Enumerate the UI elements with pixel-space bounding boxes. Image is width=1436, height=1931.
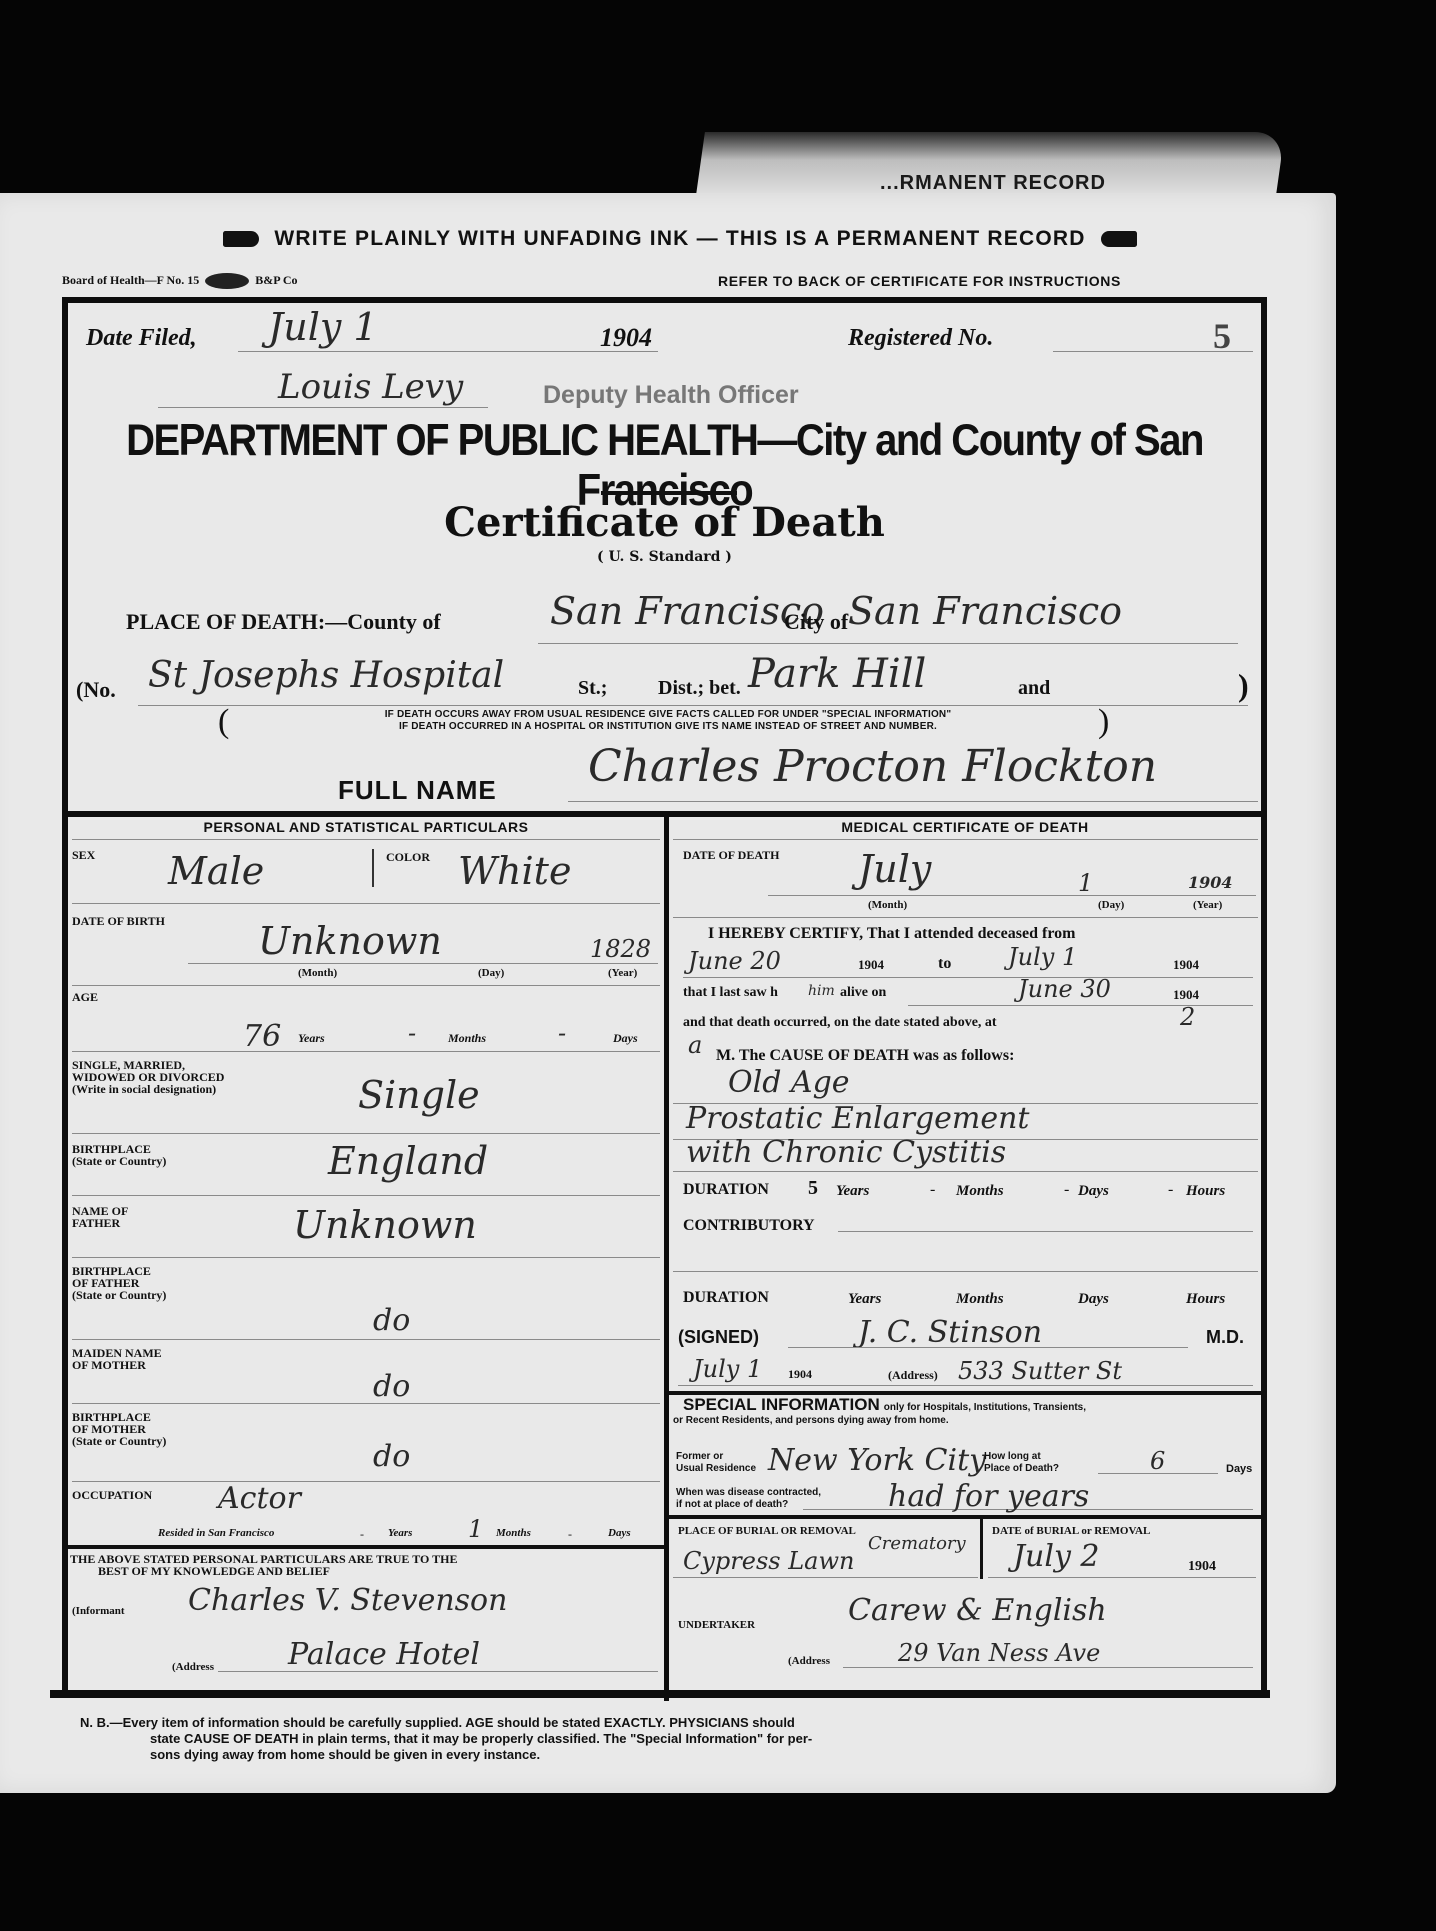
alive-on-text: alive on xyxy=(840,985,886,1001)
mother-birthplace-value: do xyxy=(373,1439,410,1474)
last-saw-text: that I last saw h xyxy=(683,985,778,1001)
full-name-line xyxy=(568,801,1258,802)
dob-line xyxy=(188,963,658,964)
rule-heavy xyxy=(669,1515,1261,1519)
pointing-hand-icon xyxy=(1101,231,1137,247)
place-of-death-line xyxy=(538,643,1238,644)
personal-heading: PERSONAL AND STATISTICAL PARTICULARS xyxy=(68,819,664,835)
duration-hours-caption: Hours xyxy=(1186,1183,1225,1200)
date-of-death-label: DATE OF DEATH xyxy=(683,849,779,861)
duration2-years-caption: Years xyxy=(848,1291,881,1308)
signed-label: (SIGNED) xyxy=(678,1327,759,1348)
underlying-sheet-label: ...RMANENT RECORD xyxy=(880,172,1106,195)
rule xyxy=(72,1051,660,1052)
date-filed-label: Date Filed, xyxy=(86,325,197,352)
occupation-value: Actor xyxy=(218,1481,301,1516)
cause-1: Old Age xyxy=(728,1065,850,1100)
duration-years-caption: Years xyxy=(836,1183,869,1200)
father-name-label: NAME OF FATHER xyxy=(72,1205,128,1229)
note-paren-right: ) xyxy=(1098,703,1109,741)
attended-from-value: June 20 xyxy=(688,947,781,975)
rule xyxy=(673,917,1258,918)
physician-address-value: 533 Sutter St xyxy=(958,1357,1122,1385)
contracted-value: had for years xyxy=(888,1479,1089,1514)
permanent-record-banner: WRITE PLAINLY WITH UNFADING INK — THIS I… xyxy=(150,227,1210,251)
dob-month-caption: (Month) xyxy=(298,967,337,979)
dob-year-value: 1828 xyxy=(590,935,651,963)
place-instructions: IF DEATH OCCURS AWAY FROM USUAL RESIDENC… xyxy=(238,709,1098,733)
color-value: White xyxy=(458,849,571,893)
resided-days-value: - xyxy=(568,1527,572,1542)
rule xyxy=(72,1403,660,1404)
rule xyxy=(72,1195,660,1196)
signed-year: 1904 xyxy=(788,1367,812,1382)
banner-text: WRITE PLAINLY WITH UNFADING INK — THIS I… xyxy=(274,227,1085,250)
burial-place-label: PLACE OF BURIAL OR REMOVAL xyxy=(678,1525,856,1537)
physician-address-label: (Address) xyxy=(888,1369,938,1381)
meridiem-value: a xyxy=(688,1031,702,1059)
burial-place-value: Cypress Lawn xyxy=(683,1547,854,1575)
rule xyxy=(72,1339,660,1340)
sex-label: SEX xyxy=(72,849,95,861)
date-filed-value: July 1 xyxy=(268,305,378,349)
undertaker-address-value: 29 Van Ness Ave xyxy=(898,1639,1100,1667)
informant-value: Charles V. Stevenson xyxy=(188,1583,507,1618)
full-name-value: Charles Procton Flockton xyxy=(588,741,1157,792)
undertaker-label: UNDERTAKER xyxy=(678,1619,755,1631)
duration-label: DURATION xyxy=(683,1181,769,1199)
last-saw-line xyxy=(908,1005,1253,1006)
frame-bottom-rule xyxy=(50,1690,1270,1698)
resided-months-caption: Months xyxy=(496,1527,531,1539)
deputy-signature-line xyxy=(158,407,488,408)
rule xyxy=(72,1133,660,1134)
md-label: M.D. xyxy=(1206,1327,1244,1348)
mother-birthplace-label: BIRTHPLACE OF MOTHER (State or Country) xyxy=(72,1411,166,1447)
cause-line-3 xyxy=(673,1171,1258,1172)
death-day-value: 1 xyxy=(1078,869,1093,897)
hospital-value: St Josephs Hospital xyxy=(148,655,504,696)
rule-heavy xyxy=(68,1545,664,1549)
duration-years-value: 5 xyxy=(808,1177,818,1200)
informant-address-label: (Address xyxy=(172,1661,214,1673)
address-line xyxy=(678,1385,1253,1386)
special-info-note: only for Hospitals, Institutions, Transi… xyxy=(884,1402,1086,1413)
cause-2: Prostatic Enlargement xyxy=(686,1101,1030,1136)
date-filed-year: 1904 xyxy=(600,323,652,353)
death-year-value: 1904 xyxy=(1188,873,1233,892)
duration-months-caption: Months xyxy=(956,1183,1004,1200)
former-residence-value: New York City xyxy=(768,1443,986,1478)
age-years-value: 76 xyxy=(243,1019,281,1054)
medical-heading: MEDICAL CERTIFICATE OF DEATH xyxy=(669,819,1261,835)
time-value: 2 xyxy=(1180,1003,1195,1031)
informant-label: (Informant xyxy=(72,1605,125,1617)
rule xyxy=(72,839,660,840)
street-no-label: (No. xyxy=(76,677,116,703)
contracted-label: When was disease contracted, if not at p… xyxy=(676,1487,821,1511)
attestation: THE ABOVE STATED PERSONAL PARTICULARS AR… xyxy=(70,1553,457,1577)
signature-line xyxy=(788,1347,1188,1348)
duration-months-value: - xyxy=(930,1181,935,1199)
age-days-value: - xyxy=(558,1019,566,1047)
duration2-label: DURATION xyxy=(683,1289,769,1307)
death-certificate: WRITE PLAINLY WITH UNFADING INK — THIS I… xyxy=(0,193,1336,1793)
dob-year-caption: (Year) xyxy=(608,967,637,979)
certify-text: I HEREBY CERTIFY, That I attended deceas… xyxy=(708,925,1075,943)
how-long-unit: Days xyxy=(1226,1463,1252,1475)
certificate-frame: Date Filed, July 1 1904 Registered No. 5… xyxy=(62,297,1267,1695)
death-date-line xyxy=(768,895,1256,896)
last-saw-year: 1904 xyxy=(1173,987,1199,1003)
certificate-title: Certificate of Death xyxy=(68,499,1261,546)
death-month-caption: (Month) xyxy=(868,899,907,911)
resided-label: Resided in San Francisco xyxy=(158,1527,274,1539)
resided-years-value: - xyxy=(360,1527,364,1542)
duration-hours-value: - xyxy=(1168,1181,1173,1199)
attended-to-value: July 1 xyxy=(1008,943,1077,971)
registered-no-value: 5 xyxy=(1213,315,1231,357)
street-line xyxy=(138,705,1248,706)
close-paren: ) xyxy=(1238,667,1249,704)
cause-3: with Chronic Cystitis xyxy=(686,1135,1006,1170)
occurred-text: and that death occurred, on the date sta… xyxy=(683,1015,997,1031)
birthplace-value: England xyxy=(328,1139,488,1183)
rule xyxy=(673,839,1258,840)
and-label: and xyxy=(1018,677,1050,700)
district-value: Park Hill xyxy=(748,651,926,697)
color-label: COLOR xyxy=(386,851,430,863)
contributory-line xyxy=(838,1231,1253,1232)
how-long-label: How long at Place of Death? xyxy=(984,1451,1059,1475)
informant-address-value: Palace Hotel xyxy=(288,1637,480,1672)
sex-color-divider xyxy=(372,849,374,887)
note-paren-left: ( xyxy=(218,703,229,741)
certificate-standard: ( U. S. Standard ) xyxy=(68,549,1261,565)
special-info-header: SPECIAL INFORMATION only for Hospitals, … xyxy=(673,1395,1258,1426)
undertaker-value: Carew & English xyxy=(848,1593,1107,1628)
title-rule xyxy=(601,491,737,495)
marital-label: SINGLE, MARRIED, WIDOWED OR DIVORCED (Wr… xyxy=(72,1059,224,1095)
duration-days-value: - xyxy=(1064,1181,1069,1199)
contributory-line-2 xyxy=(673,1271,1258,1272)
cause-text: M. The CAUSE OF DEATH was as follows: xyxy=(716,1047,1014,1065)
father-name-value: Unknown xyxy=(293,1203,477,1247)
city-label: City of xyxy=(784,609,848,635)
city-value: San Francisco xyxy=(848,589,1122,633)
special-info-note-2: or Recent Residents, and persons dying a… xyxy=(673,1415,1258,1426)
former-residence-label: Former or Usual Residence xyxy=(676,1451,756,1475)
burial-place-note: Crematory xyxy=(868,1533,966,1554)
full-name-label: FULL NAME xyxy=(338,775,497,806)
pointing-hand-icon xyxy=(223,231,259,247)
burial-place-line xyxy=(673,1577,978,1578)
duration-days-caption: Days xyxy=(1078,1183,1109,1200)
how-long-value: 6 xyxy=(1150,1447,1165,1475)
occupation-label: OCCUPATION xyxy=(72,1489,152,1501)
attended-line xyxy=(683,977,1253,978)
column-divider xyxy=(664,815,669,1701)
printer-seal-icon xyxy=(205,273,249,289)
street-label: St.; xyxy=(578,677,607,700)
to-label: to xyxy=(938,955,951,973)
resided-days-caption: Days xyxy=(608,1527,631,1539)
dob-day-caption: (Day) xyxy=(478,967,504,979)
rule xyxy=(72,903,660,904)
age-days-caption: Days xyxy=(613,1031,638,1046)
marital-value: Single xyxy=(358,1073,480,1117)
last-saw-pronoun: him xyxy=(808,983,835,999)
rule xyxy=(72,1481,660,1482)
date-filed-line xyxy=(238,351,658,352)
undertaker-address-line xyxy=(843,1667,1253,1668)
form-number: Board of Health—F No. 15 B&P Co xyxy=(62,273,298,289)
death-month-value: July xyxy=(858,847,931,891)
father-birthplace-label: BIRTHPLACE OF FATHER (State or Country) xyxy=(72,1265,166,1301)
attended-to-year: 1904 xyxy=(1173,957,1199,973)
death-year-caption: (Year) xyxy=(1193,899,1222,911)
burial-date-value: July 2 xyxy=(1013,1539,1100,1574)
signed-date: July 1 xyxy=(693,1355,762,1383)
attended-from-year: 1904 xyxy=(858,957,884,973)
duration2-months-caption: Months xyxy=(956,1291,1004,1308)
contributory-label: CONTRIBUTORY xyxy=(683,1217,815,1235)
duration2-hours-caption: Hours xyxy=(1186,1291,1225,1308)
dob-month-value: Unknown xyxy=(258,919,442,963)
burial-date-line xyxy=(988,1577,1256,1578)
undertaker-address-label: (Address xyxy=(788,1655,830,1667)
age-years-caption: Years xyxy=(298,1031,325,1046)
death-day-caption: (Day) xyxy=(1098,899,1124,911)
resided-months-value: 1 xyxy=(468,1515,483,1543)
resided-years-caption: Years xyxy=(388,1527,412,1539)
footer-instructions: N. B.—Every item of information should b… xyxy=(80,1715,1180,1763)
rule xyxy=(72,1257,660,1258)
last-saw-date: June 30 xyxy=(1018,975,1111,1003)
age-label: AGE xyxy=(72,991,98,1003)
burial-date-label: DATE of BURIAL or REMOVAL xyxy=(992,1525,1150,1537)
place-of-death-label: PLACE OF DEATH:—County of xyxy=(126,609,441,635)
age-months-value: - xyxy=(408,1019,416,1047)
district-label: Dist.; bet. xyxy=(658,677,741,700)
sex-value: Male xyxy=(168,849,264,893)
mother-name-value: do xyxy=(373,1369,410,1404)
county-value: San Francisco xyxy=(550,589,824,633)
refer-instructions: REFER TO BACK OF CERTIFICATE FOR INSTRUC… xyxy=(718,273,1121,289)
dob-label: DATE OF BIRTH xyxy=(72,915,165,927)
burial-divider xyxy=(980,1519,983,1579)
age-months-caption: Months xyxy=(448,1031,486,1046)
deputy-signature: Louis Levy xyxy=(278,367,463,407)
mother-name-label: MAIDEN NAME OF MOTHER xyxy=(72,1347,162,1371)
physician-signature: J. C. Stinson xyxy=(858,1315,1042,1350)
birthplace-label: BIRTHPLACE (State or Country) xyxy=(72,1143,166,1167)
rule xyxy=(72,985,660,986)
deputy-title-stamp: Deputy Health Officer xyxy=(543,381,799,410)
burial-year: 1904 xyxy=(1188,1559,1216,1575)
duration2-days-caption: Days xyxy=(1078,1291,1109,1308)
father-birthplace-value: do xyxy=(373,1303,410,1338)
registered-no-label: Registered No. xyxy=(848,325,993,352)
special-info-heading: SPECIAL INFORMATION xyxy=(683,1395,880,1414)
